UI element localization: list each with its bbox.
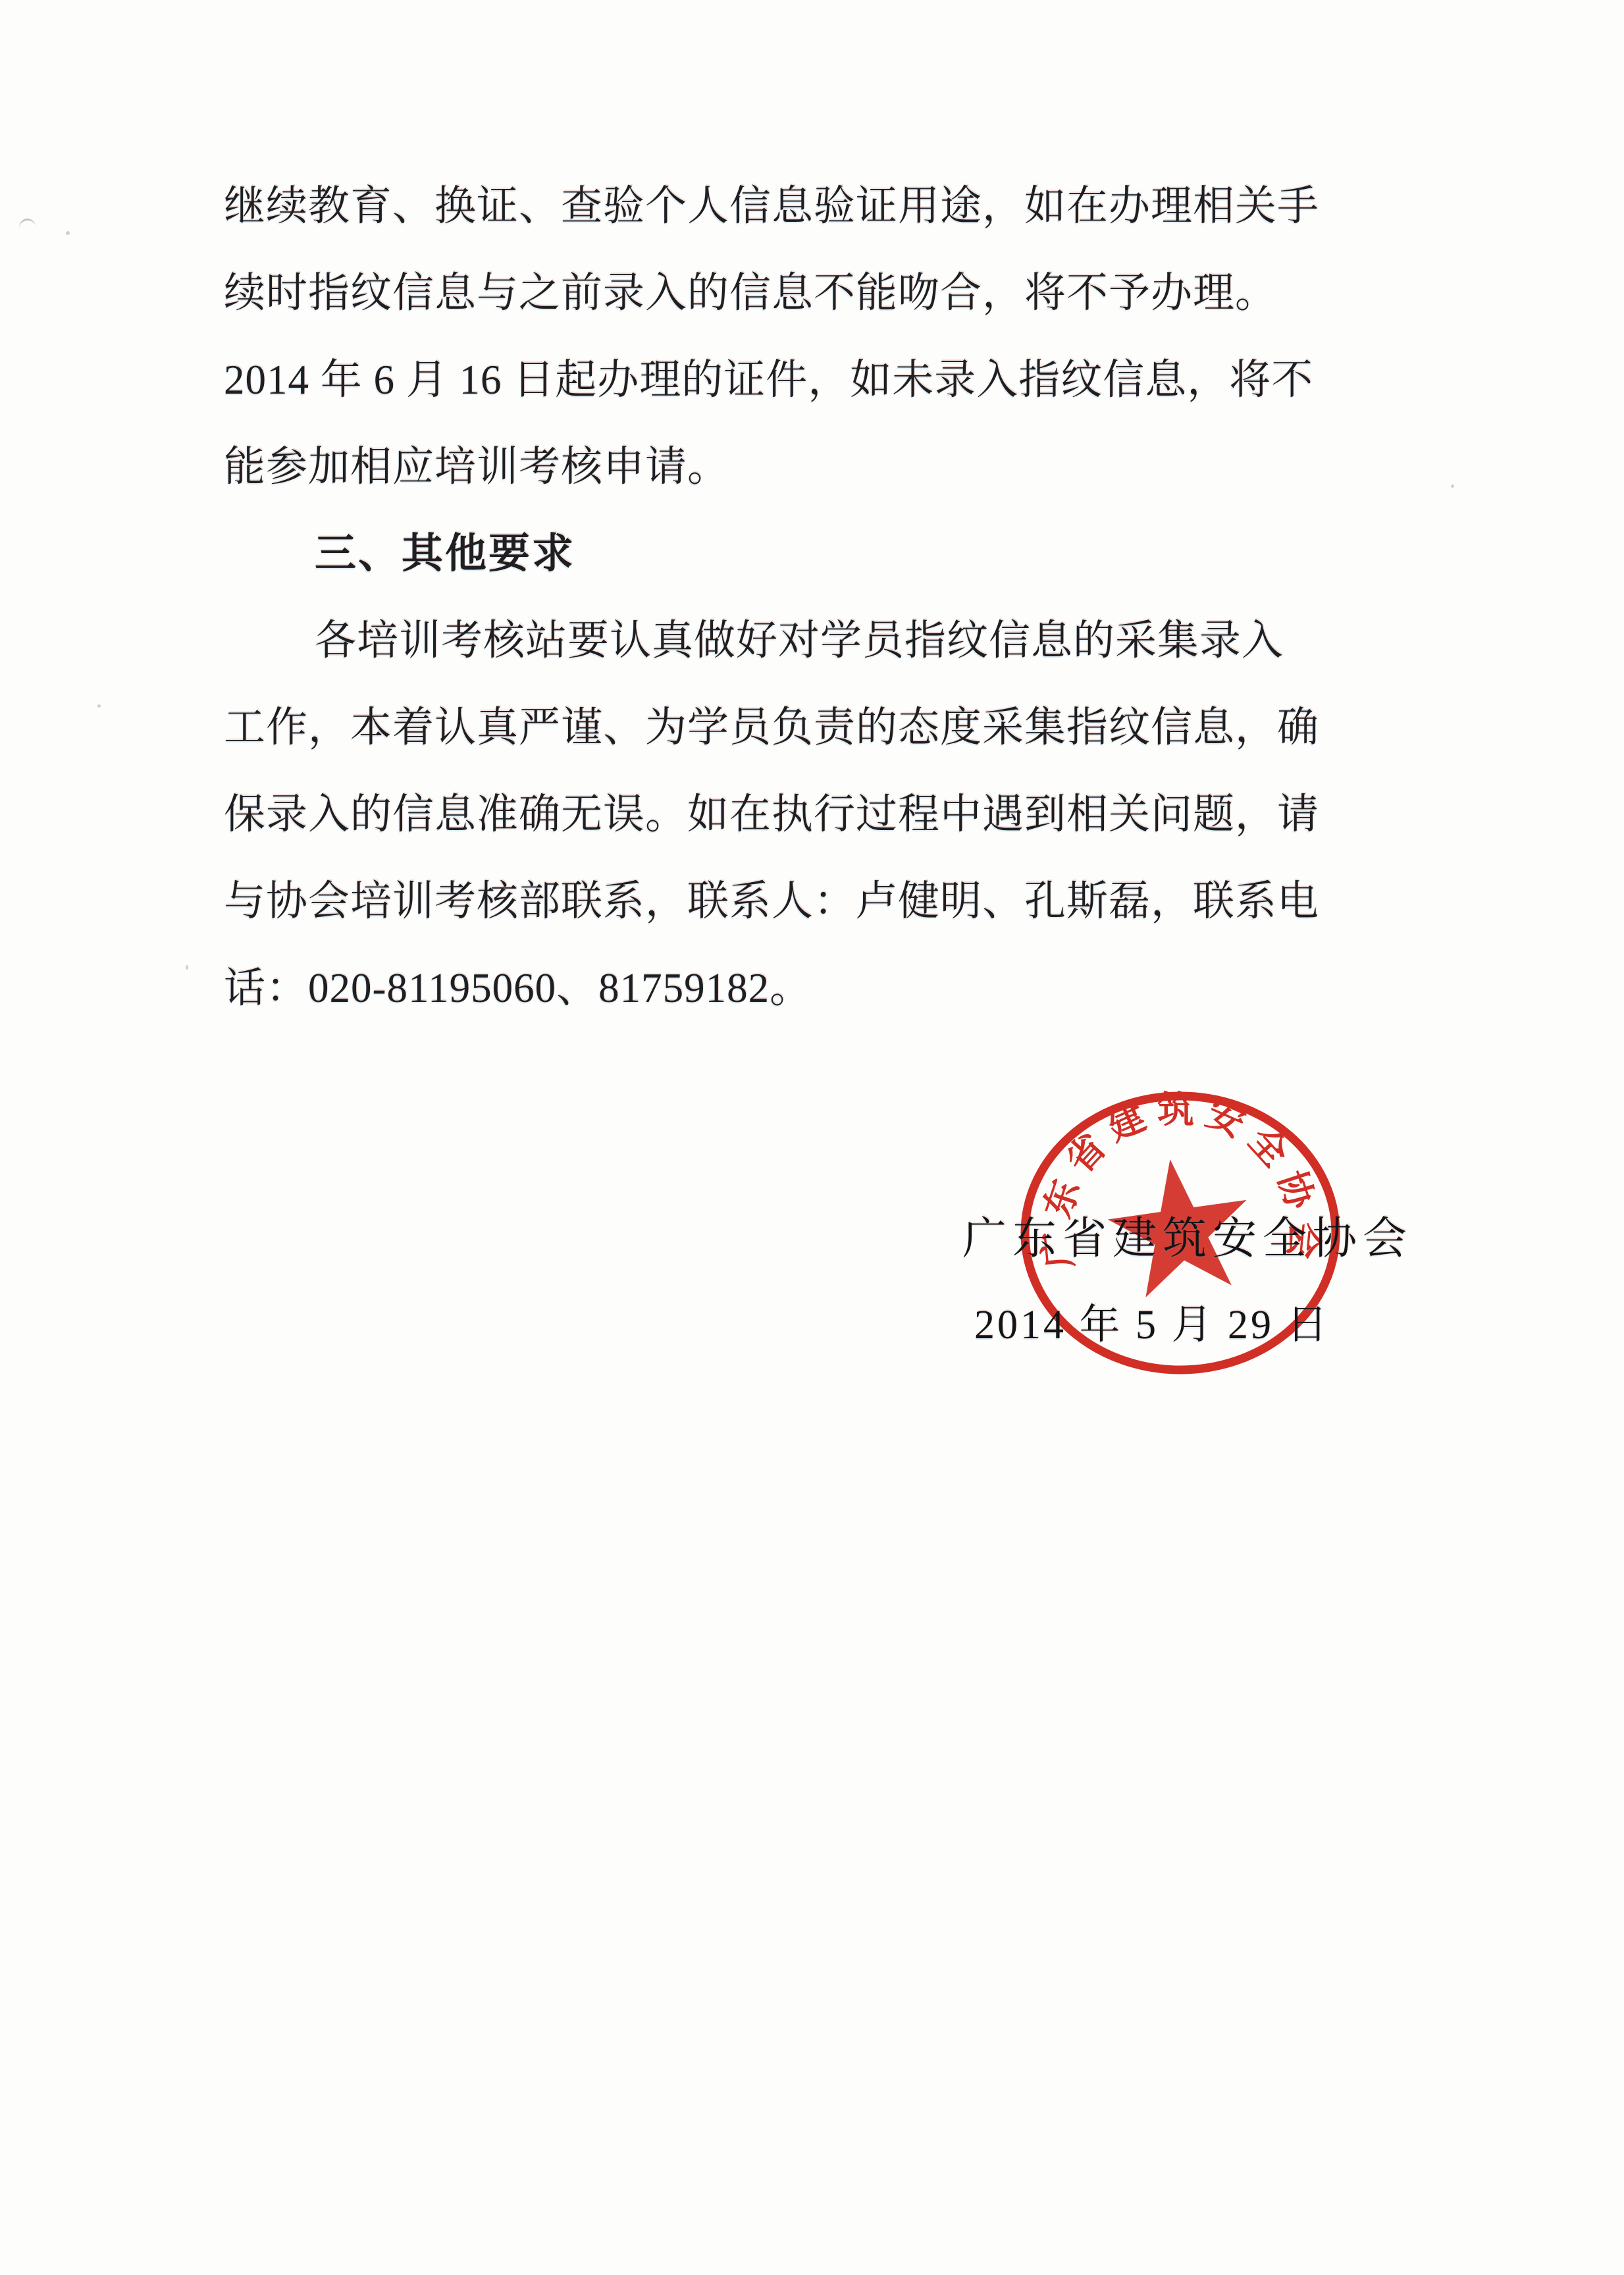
- body-line-9: 与协会培训考核部联系，联系人：卢健明、孔斯磊，联系电: [224, 858, 1402, 945]
- scan-artifact-dot: [97, 704, 101, 708]
- body-line-4: 能参加相应培训考核申请。: [224, 423, 1402, 510]
- scan-artifact-squiggle: [18, 217, 36, 229]
- scan-artifact-dot: [186, 965, 188, 970]
- body-line-10: 话：020-81195060、81759182。: [224, 945, 1402, 1032]
- letter-body: 继续教育、换证、查验个人信息验证用途，如在办理相关手 续时指纹信息与之前录入的信…: [224, 163, 1402, 1032]
- scan-artifact-dot: [66, 231, 70, 235]
- scanned-document-page: 继续教育、换证、查验个人信息验证用途，如在办理相关手 续时指纹信息与之前录入的信…: [0, 0, 1624, 2275]
- body-line-1: 继续教育、换证、查验个人信息验证用途，如在办理相关手: [224, 163, 1402, 249]
- body-line-7: 工作，本着认真严谨、为学员负责的态度采集指纹信息，确: [224, 684, 1402, 771]
- scan-artifact-dot: [1451, 484, 1454, 488]
- body-line-8: 保录入的信息准确无误。如在执行过程中遇到相关问题，请: [224, 771, 1402, 858]
- signature-date: 2014 年 5 月 29 日: [974, 1292, 1330, 1350]
- section-heading: 三、其他要求: [224, 510, 1402, 597]
- body-line-2: 续时指纹信息与之前录入的信息不能吻合，将不予办理。: [224, 249, 1402, 336]
- body-line-6: 各培训考核站要认真做好对学员指纹信息的采集录入: [224, 597, 1402, 684]
- signature-organization: 广东省建筑安全协会: [962, 1203, 1413, 1267]
- body-line-3: 2014 年 6 月 16 日起办理的证件，如未录入指纹信息，将不: [224, 336, 1402, 423]
